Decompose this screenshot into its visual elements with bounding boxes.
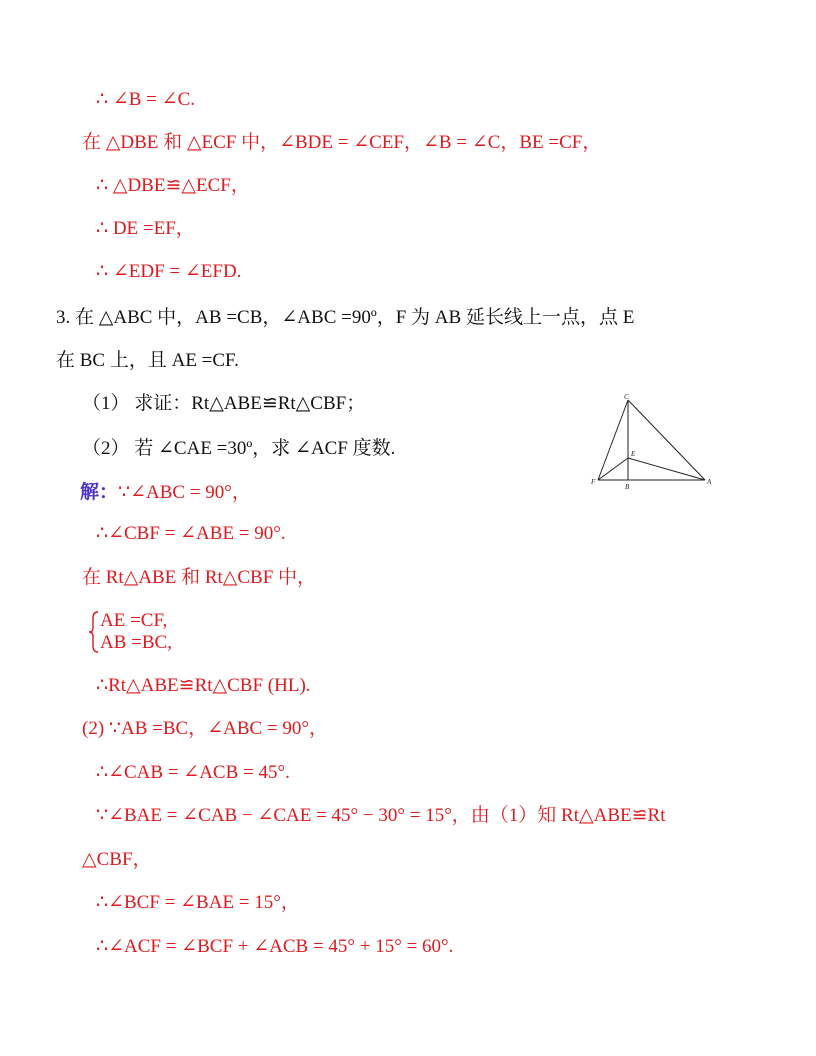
solution-line: ∵∠BAE = ∠CAB − ∠CAE = 45° − 30° = 15°，由（… xyxy=(96,804,665,828)
proof-line: 在 △DBE 和 △ECF 中，∠BDE = ∠CEF，∠B = ∠C，BE =… xyxy=(82,131,601,155)
brace-icon xyxy=(88,610,100,654)
proof-line: ∴ ∠EDF = ∠EFD. xyxy=(96,260,241,284)
label-b: B xyxy=(625,483,630,490)
solution-line: △CBF， xyxy=(82,848,152,872)
question-3-text-cont: 在 BC 上，且 AE =CF. xyxy=(56,349,239,373)
question-part-2: （2） 若 ∠CAE =30º，求 ∠ACF 度数. xyxy=(82,437,395,461)
equation-system-row: AE =CF, xyxy=(100,610,167,632)
solution-line: ∴∠CBF = ∠ABE = 90°. xyxy=(96,522,286,546)
label-f: F xyxy=(590,478,596,486)
label-e: E xyxy=(630,450,636,458)
proof-line: ∴ DE =EF， xyxy=(96,217,195,241)
label-a: A xyxy=(706,478,712,486)
triangle-figure: C E F B A xyxy=(588,390,718,490)
question-part-1: （1） 求证：Rt△ABE≌Rt△CBF； xyxy=(82,392,365,416)
solution-line: ∴∠CAB = ∠ACB = 45°. xyxy=(96,761,290,785)
proof-line: ∴ △DBE≌△ECF， xyxy=(96,174,250,198)
question-3-text: 3. 在 △ABC 中，AB =CB，∠ABC =90º，F 为 AB 延长线上… xyxy=(56,306,634,330)
solution-line: 解：∵∠ABC = 90°， xyxy=(80,480,251,505)
solution-label: 解： xyxy=(80,481,118,503)
solution-line: (2) ∵AB =BC，∠ABC = 90°， xyxy=(82,717,328,741)
solution-line: ∴∠BCF = ∠BAE = 15°， xyxy=(96,891,300,915)
solution-line: ∴∠ACF = ∠BCF + ∠ACB = 45° + 15° = 60°. xyxy=(96,935,453,959)
solution-line: ∴Rt△ABE≌Rt△CBF (HL). xyxy=(96,674,311,698)
label-c: C xyxy=(624,393,629,401)
proof-line: ∴ ∠B = ∠C. xyxy=(96,88,195,112)
equation-system-row: AB =BC, xyxy=(100,632,172,654)
solution-line: 在 Rt△ABE 和 Rt△CBF 中， xyxy=(82,566,316,590)
